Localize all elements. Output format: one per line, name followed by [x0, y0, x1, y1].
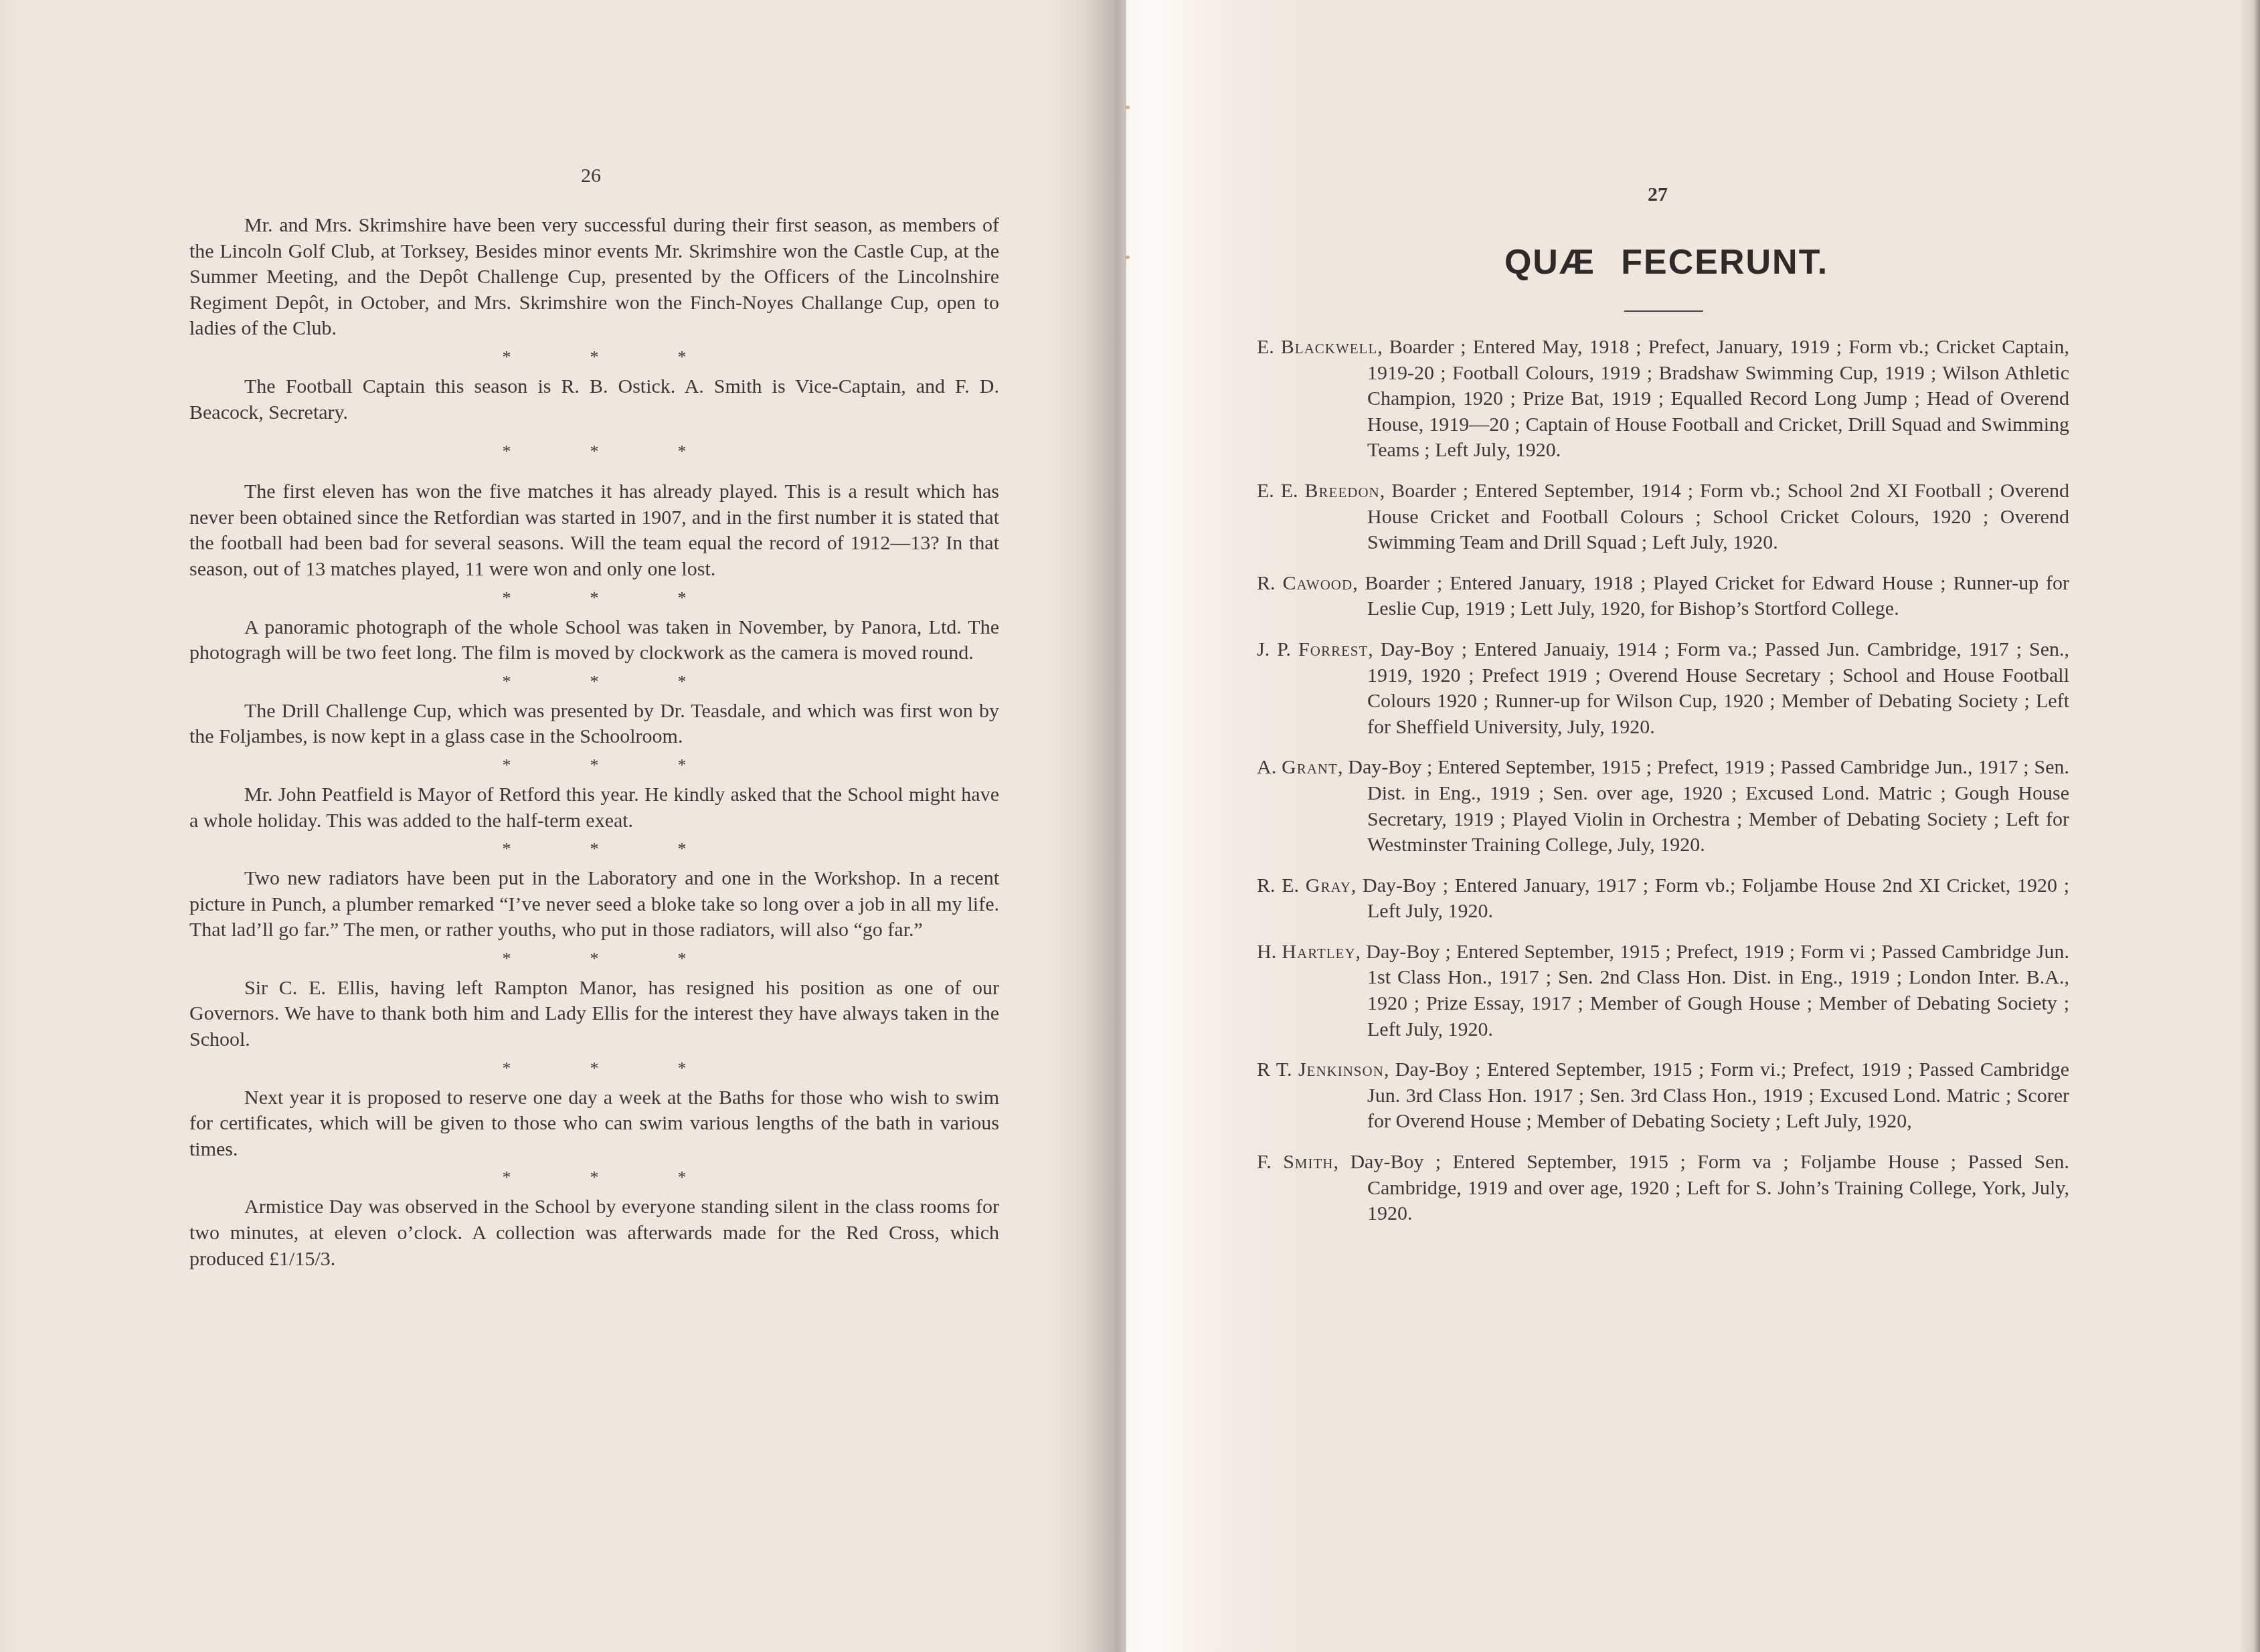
asterisk-ornament: *: [678, 669, 687, 695]
entry-details: , Day-Boy ; Entered September, 1915 ; Pr…: [1356, 941, 2069, 1040]
entry-details: , Day-Boy ; Entered Januaiy, 1914 ; Form…: [1367, 638, 2069, 738]
asterisk-ornament: *: [503, 1165, 511, 1190]
asterisk-ornament: *: [503, 669, 511, 695]
asterisk-ornament: *: [503, 439, 511, 464]
entry-initials: E. E.: [1257, 480, 1298, 502]
paragraph-golf: Mr. and Mrs. Skrimshire have been very s…: [189, 213, 999, 342]
paragraph-football-captain: The Football Captain this season is R. B…: [189, 374, 999, 426]
entry-surname: Gray: [1306, 875, 1351, 897]
asterisk-ornament: *: [678, 1056, 687, 1081]
paragraph-first-eleven: The first eleven has won the five matche…: [189, 479, 999, 582]
section-separator: * * *: [189, 753, 999, 778]
asterisk-ornament: *: [503, 753, 511, 778]
leaver-entry: A. Grant, Day-Boy ; Entered September, 1…: [1257, 755, 2069, 858]
asterisk-ornament: *: [590, 585, 599, 611]
asterisk-ornament: *: [590, 836, 599, 862]
asterisk-ornament: *: [678, 345, 687, 370]
leaver-entry: R T. Jenkinson, Day-Boy ; Entered Septem…: [1257, 1057, 2069, 1135]
section-separator: * * *: [189, 1165, 999, 1190]
leaver-entry: F. Smith, Day-Boy ; Entered September, 1…: [1257, 1150, 2069, 1227]
paragraph-armistice: Armistice Day was observed in the School…: [189, 1194, 999, 1272]
paragraph-baths: Next year it is proposed to reserve one …: [189, 1085, 999, 1163]
asterisk-ornament: *: [503, 836, 511, 862]
section-separator: * * *: [189, 439, 999, 464]
entry-initials: R. E.: [1257, 875, 1299, 897]
asterisk-ornament: *: [503, 946, 511, 972]
entry-initials: H.: [1257, 941, 1276, 963]
asterisk-ornament: *: [590, 345, 599, 370]
leaver-entry: E. E. Breedon, Boarder ; Entered Septemb…: [1257, 478, 2069, 556]
entry-initials: R.: [1257, 572, 1276, 594]
asterisk-ornament: *: [590, 946, 599, 972]
entry-details: , Boarder ; Entered May, 1918 ; Prefect,…: [1367, 336, 2069, 461]
binding-staple-mark: [1126, 256, 1130, 259]
paragraph-drill-cup: The Drill Challenge Cup, which was prese…: [189, 699, 999, 750]
leaver-entry: R. Cawood, Boarder ; Entered January, 19…: [1257, 571, 2069, 622]
entry-surname: Blackwell: [1281, 336, 1377, 358]
paragraph-mayor: Mr. John Peatfield is Mayor of Retford t…: [189, 782, 999, 834]
asterisk-ornament: *: [503, 1056, 511, 1081]
entry-initials: A.: [1257, 756, 1276, 778]
page-number-right: 27: [1648, 185, 1668, 205]
entry-details: , Day-Boy ; Entered January, 1917 ; Form…: [1351, 875, 2069, 923]
entry-surname: Jenkinson: [1298, 1059, 1384, 1081]
entry-initials: R T.: [1257, 1059, 1292, 1081]
page-number-left: 26: [581, 166, 601, 186]
entry-details: , Day-Boy ; Entered September, 1915 ; Fo…: [1367, 1059, 2069, 1132]
title-rule: [1624, 310, 1703, 312]
section-separator: * * *: [189, 836, 999, 862]
book-spread: 26 Mr. and Mrs. Skrimshire have been ver…: [0, 0, 2260, 1652]
paragraph-ellis: Sir C. E. Ellis, having left Rampton Man…: [189, 976, 999, 1053]
left-page-text: Mr. and Mrs. Skrimshire have been very s…: [189, 213, 999, 1272]
leaver-entry: E. Blackwell, Boarder ; Entered May, 191…: [1257, 335, 2069, 464]
asterisk-ornament: *: [503, 585, 511, 611]
entry-initials: J. P.: [1257, 638, 1291, 660]
asterisk-ornament: *: [678, 585, 687, 611]
leavers-list: E. Blackwell, Boarder ; Entered May, 191…: [1257, 335, 2069, 1242]
asterisk-ornament: *: [590, 1056, 599, 1081]
paragraph-panoramic-photo: A panoramic photograph of the whole Scho…: [189, 615, 999, 666]
leaver-entry: J. P. Forrest, Day-Boy ; Entered Januaiy…: [1257, 637, 2069, 740]
asterisk-ornament: *: [678, 836, 687, 862]
asterisk-ornament: *: [590, 669, 599, 695]
section-separator: * * *: [189, 946, 999, 972]
entry-surname: Smith: [1283, 1151, 1333, 1173]
paragraph-radiators: Two new radiators have been put in the L…: [189, 866, 999, 943]
asterisk-ornament: *: [678, 946, 687, 972]
entry-surname: Hartley: [1282, 941, 1355, 963]
asterisk-ornament: *: [678, 753, 687, 778]
section-separator: * * *: [189, 345, 999, 370]
section-separator: * * *: [189, 585, 999, 611]
entry-initials: E.: [1257, 336, 1274, 358]
entry-surname: Breedon: [1305, 480, 1380, 502]
asterisk-ornament: *: [590, 439, 599, 464]
section-separator: * * *: [189, 1056, 999, 1081]
asterisk-ornament: *: [590, 753, 599, 778]
entry-details: , Day-Boy ; Entered September, 1915 ; Fo…: [1334, 1151, 2069, 1224]
asterisk-ornament: *: [678, 1165, 687, 1190]
asterisk-ornament: *: [590, 1165, 599, 1190]
section-title: QUÆ FECERUNT.: [1492, 242, 1840, 282]
entry-details: , Boarder ; Entered January, 1918 ; Play…: [1353, 572, 2069, 620]
section-separator: * * *: [189, 669, 999, 695]
entry-surname: Cawood: [1282, 572, 1353, 594]
entry-initials: F.: [1257, 1151, 1272, 1173]
entry-details: , Day-Boy ; Entered September, 1915 ; Pr…: [1338, 756, 2069, 856]
entry-details: , Boarder ; Entered September, 1914 ; Fo…: [1367, 480, 2069, 553]
entry-surname: Forrest: [1298, 638, 1368, 660]
binding-staple-mark: [1126, 106, 1130, 109]
asterisk-ornament: *: [678, 439, 687, 464]
leaver-entry: R. E. Gray, Day-Boy ; Entered January, 1…: [1257, 873, 2069, 925]
leaver-entry: H. Hartley, Day-Boy ; Entered September,…: [1257, 939, 2069, 1042]
asterisk-ornament: *: [503, 345, 511, 370]
entry-surname: Grant: [1282, 756, 1338, 778]
